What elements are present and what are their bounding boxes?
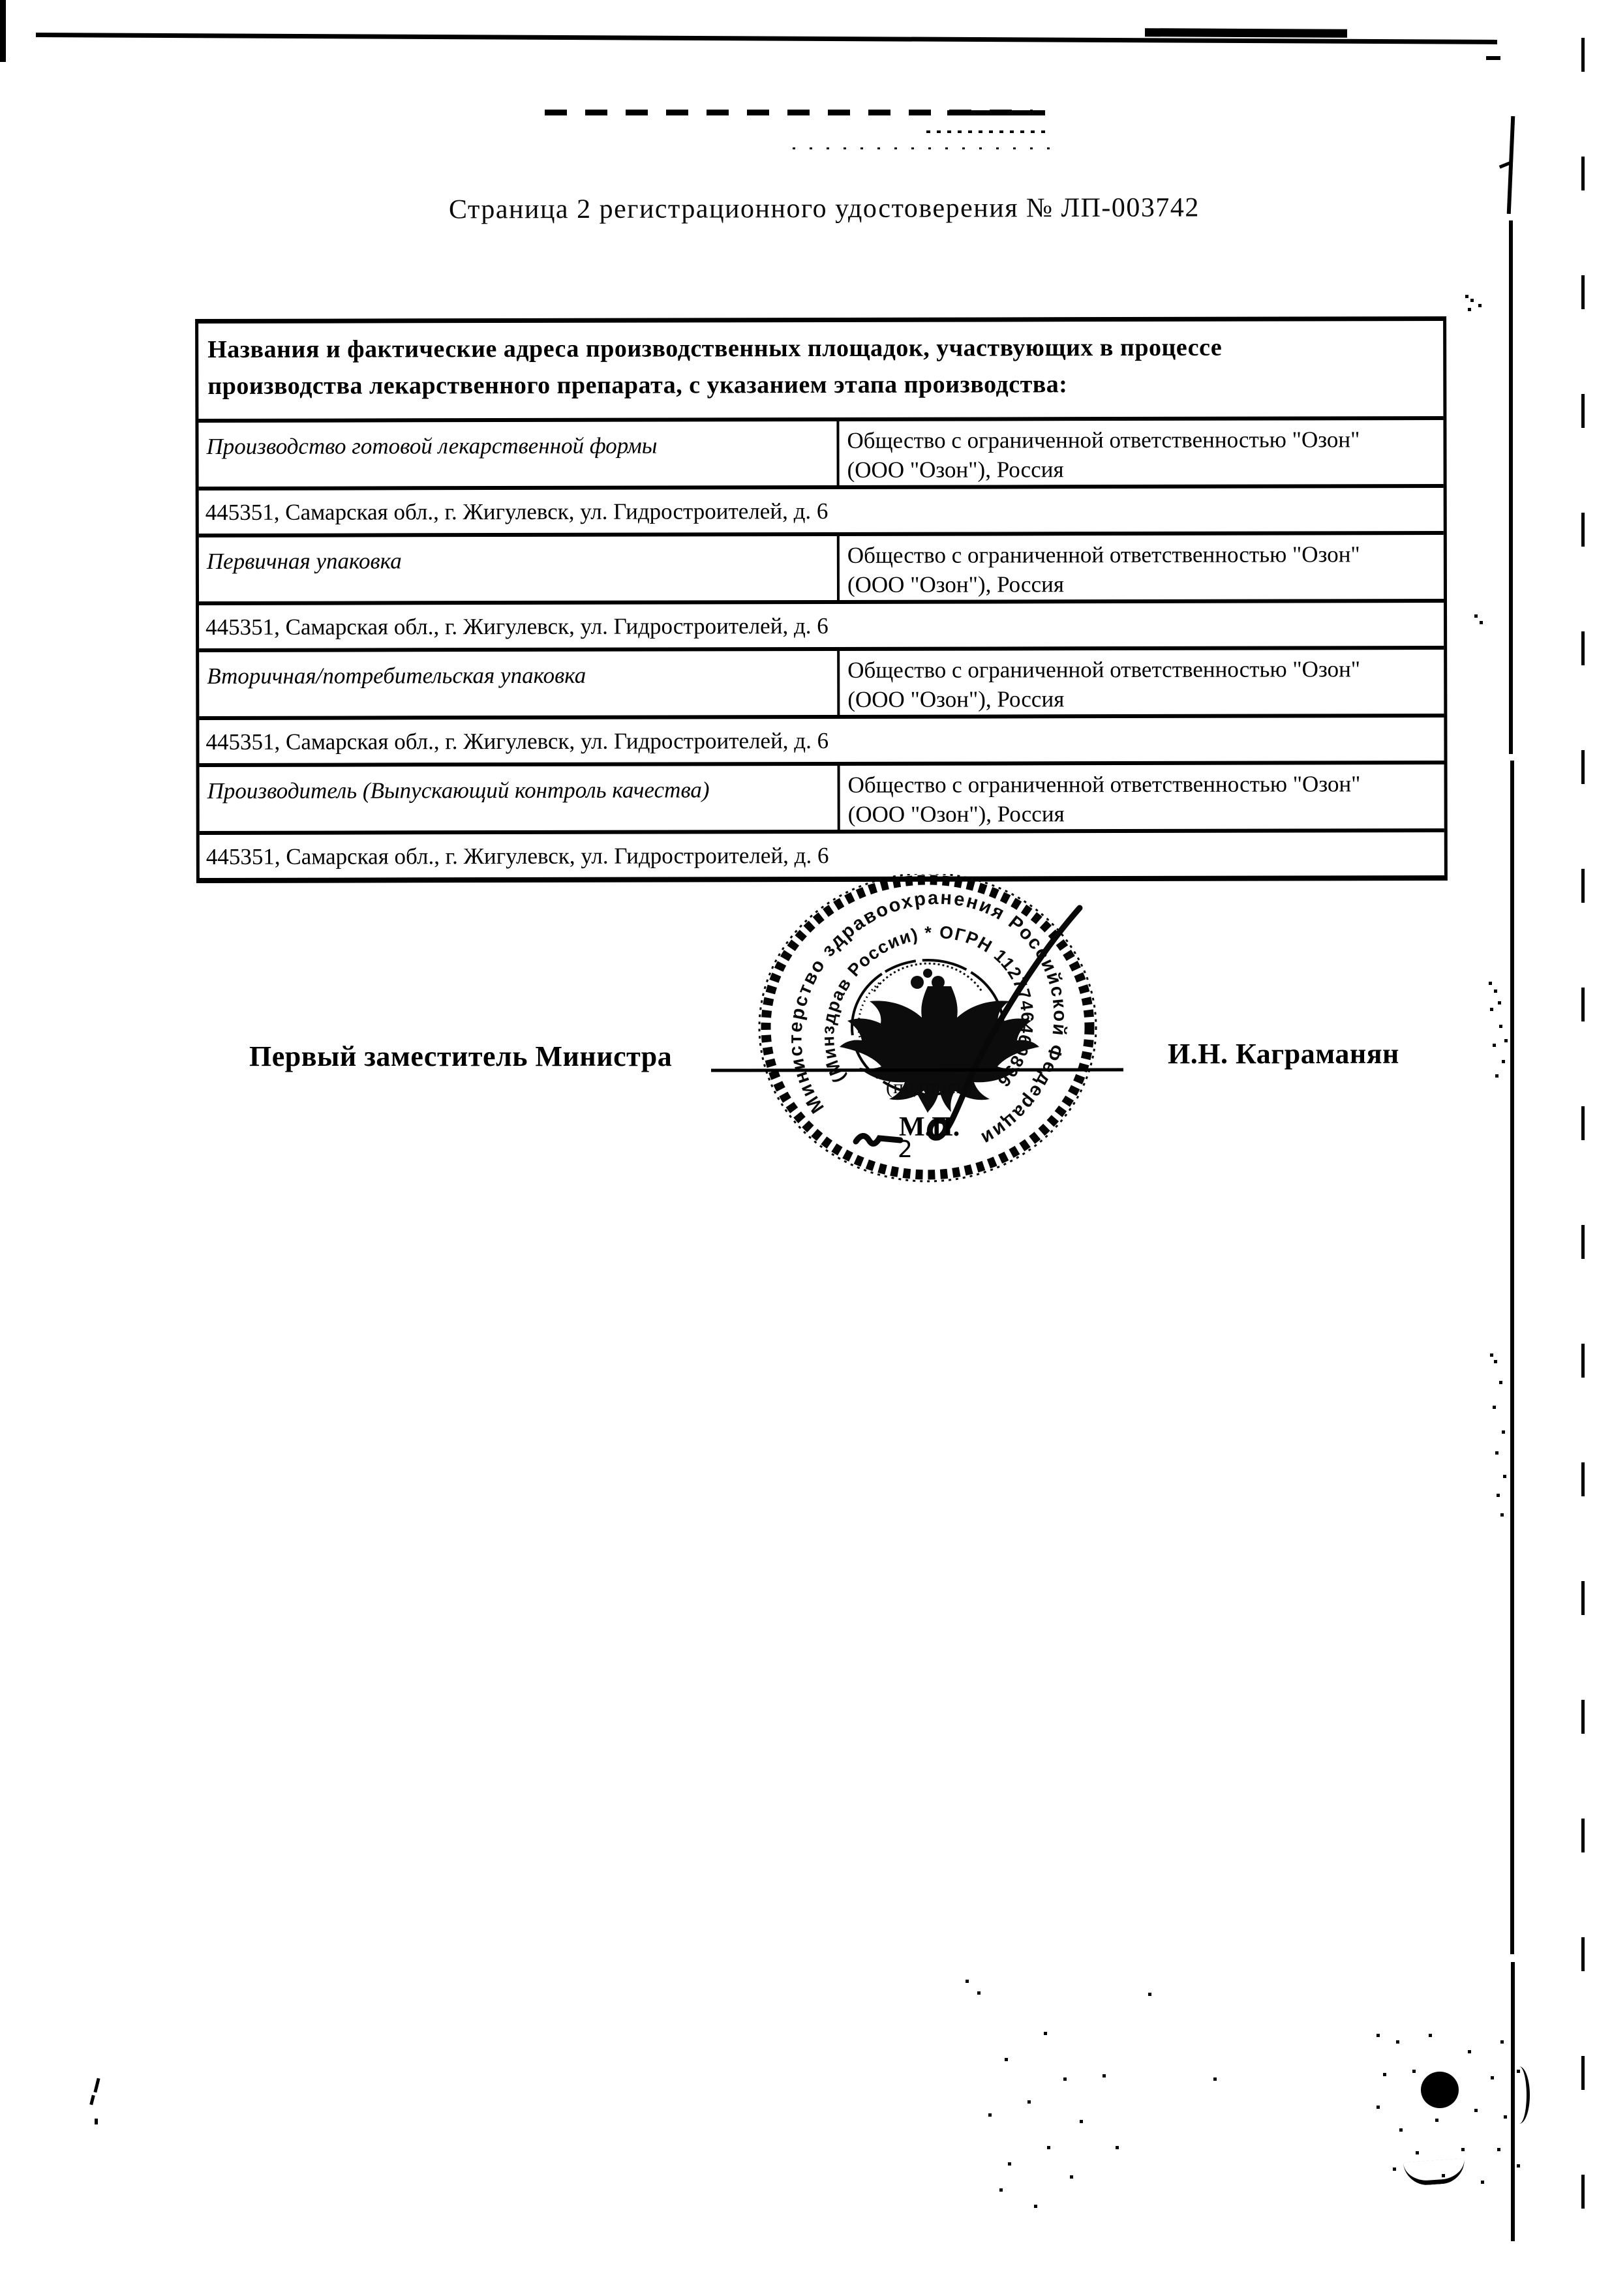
table-row-stage: Первичная упаковка Общество с ограниченн… xyxy=(199,531,1444,601)
scan-speckles xyxy=(966,1980,969,1983)
scan-dash-band-solid xyxy=(947,110,1045,115)
stage-cell: Производство готовой лекарственной формы xyxy=(198,421,839,487)
scan-speckles xyxy=(1376,2034,1380,2037)
signature-caption: (подпись) xyxy=(886,1076,973,1098)
company-cell: Общество с ограниченной ответственностью… xyxy=(839,420,1443,485)
scan-top-border-end-mark xyxy=(1486,56,1500,60)
scan-speckles xyxy=(1465,295,1468,298)
scan-slash-dot xyxy=(95,2119,98,2124)
scan-right-border-segment xyxy=(1510,761,1514,1954)
table-row-stage: Производитель (Выпускающий контроль каче… xyxy=(200,761,1444,831)
stage-cell: Вторичная/потребительская упаковка xyxy=(199,651,840,716)
scan-dotted-row xyxy=(926,130,1050,133)
table-row-address: 445351, Самарская обл., г. Жигулевск, ул… xyxy=(199,484,1444,534)
stage-cell: Первичная упаковка xyxy=(199,536,840,601)
scan-left-corner-line xyxy=(0,0,6,62)
table-header: Названия и фактические адреса производст… xyxy=(198,321,1443,419)
scan-arc-mark xyxy=(1512,2066,1530,2124)
scan-arc-mark xyxy=(1403,2158,1466,2186)
scan-slash-mark xyxy=(93,2078,100,2093)
ink-dot xyxy=(1421,2072,1459,2108)
scan-speckles xyxy=(1490,1353,1493,1357)
signatory-position: Первый заместитель Министра xyxy=(249,1040,672,1073)
company-cell: Общество с ограниченной ответственностью… xyxy=(840,650,1444,715)
handwritten-mark: 2 xyxy=(898,1136,913,1163)
production-sites-table: Названия и фактические адреса производст… xyxy=(195,316,1448,883)
table-row-stage: Производство готовой лекарственной формы… xyxy=(198,416,1443,487)
table-row-address: 445351, Самарская обл., г. Жигулевск, ул… xyxy=(199,599,1444,648)
table-row-address: 445351, Самарская обл., г. Жигулевск, ул… xyxy=(200,828,1444,878)
scan-speckles xyxy=(1489,982,1492,985)
scan-slash-mark xyxy=(89,2095,95,2106)
scan-right-dashed-line xyxy=(1581,38,1585,2239)
company-cell: Общество с ограниченной ответственностью… xyxy=(840,764,1444,830)
stage-cell: Производитель (Выпускающий контроль каче… xyxy=(200,766,840,831)
scan-dotted-row xyxy=(793,147,1050,149)
table-row-stage: Вторичная/потребительская упаковка Общес… xyxy=(199,646,1444,716)
scan-top-border-smudge xyxy=(1145,28,1347,38)
signatory-name: И.Н. Каграманян xyxy=(1168,1037,1399,1070)
scan-right-border-segment xyxy=(1509,220,1513,754)
scanned-page: Страница 2 регистрационного удостоверени… xyxy=(0,0,1597,2296)
table-row-address: 445351, Самарская обл., г. Жигулевск, ул… xyxy=(199,714,1444,763)
company-cell: Общество с ограниченной ответственностью… xyxy=(840,535,1444,600)
page-title: Страница 2 регистрационного удостоверени… xyxy=(449,192,1200,225)
